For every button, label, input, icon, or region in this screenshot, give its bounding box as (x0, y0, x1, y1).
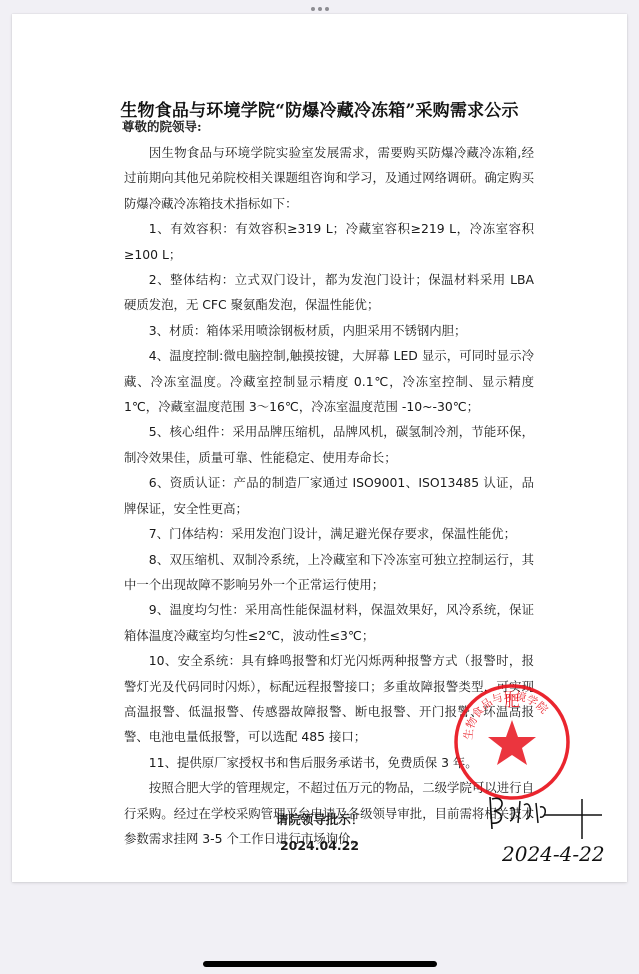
spec-item-9: 9、温度均匀性：采用高性能保温材料，保温效果好，风冷系统，保证箱体温度冷藏室均匀… (124, 597, 534, 648)
official-seal-stamp: 肥 生物食品与环境学院 (452, 682, 572, 802)
spec-item-2: 2、整体结构：立式双门设计，都为发泡门设计；保温材料采用 LBA 硬质发泡，无 … (124, 267, 534, 318)
handwritten-signature: 2024-4-22 (482, 789, 632, 879)
star-icon (488, 720, 536, 765)
spec-item-8: 8、双压缩机、双制冷系统，上冷藏室和下冷冻室可独立控制运行，其中一个出现故障不影… (124, 547, 534, 598)
grabber-dot (318, 7, 322, 11)
document-page: 生物食品与环境学院“防爆冷藏冷冻箱”采购需求公示 尊敬的院领导: 因生物食品与环… (12, 14, 627, 882)
document-title: 生物食品与环境学院“防爆冷藏冷冻箱”采购需求公示 (12, 96, 627, 121)
grabber-dot (311, 7, 315, 11)
handwritten-date: 2024-4-22 (501, 842, 605, 866)
salutation: 尊敬的院领导: (122, 117, 202, 135)
svg-text:生物食品与环境学院: 生物食品与环境学院 (461, 688, 551, 740)
spec-item-7: 7、门体结构：采用发泡门设计，满足避光保存要求，保温性能优； (124, 521, 534, 546)
sheet-grabber-handle[interactable] (311, 7, 329, 11)
intro-paragraph: 因生物食品与环境学院实验室发展需求，需要购买防爆冷藏冷冻箱,经过前期向其他兄弟院… (124, 140, 534, 216)
spec-item-1: 1、有效容积：有效容积≥319 L；冷藏室容积≥219 L，冷冻室容积≥100 … (124, 216, 534, 267)
spec-item-3: 3、材质：箱体采用喷涂钢板材质，内胆采用不锈钢内胆； (124, 318, 534, 343)
home-indicator[interactable] (203, 961, 437, 967)
spec-item-6: 6、资质认证：产品的制造厂家通过 ISO9001、ISO13485 认证，品牌保… (124, 470, 534, 521)
spec-item-4: 4、温度控制:微电脑控制,触摸按键，大屏幕 LED 显示，可同时显示冷藏、冷冻室… (124, 343, 534, 419)
grabber-dot (325, 7, 329, 11)
spec-item-5: 5、核心组件：采用品牌压缩机，品牌风机，碳氢制冷剂，节能环保，制冷效果佳，质量可… (124, 419, 534, 470)
